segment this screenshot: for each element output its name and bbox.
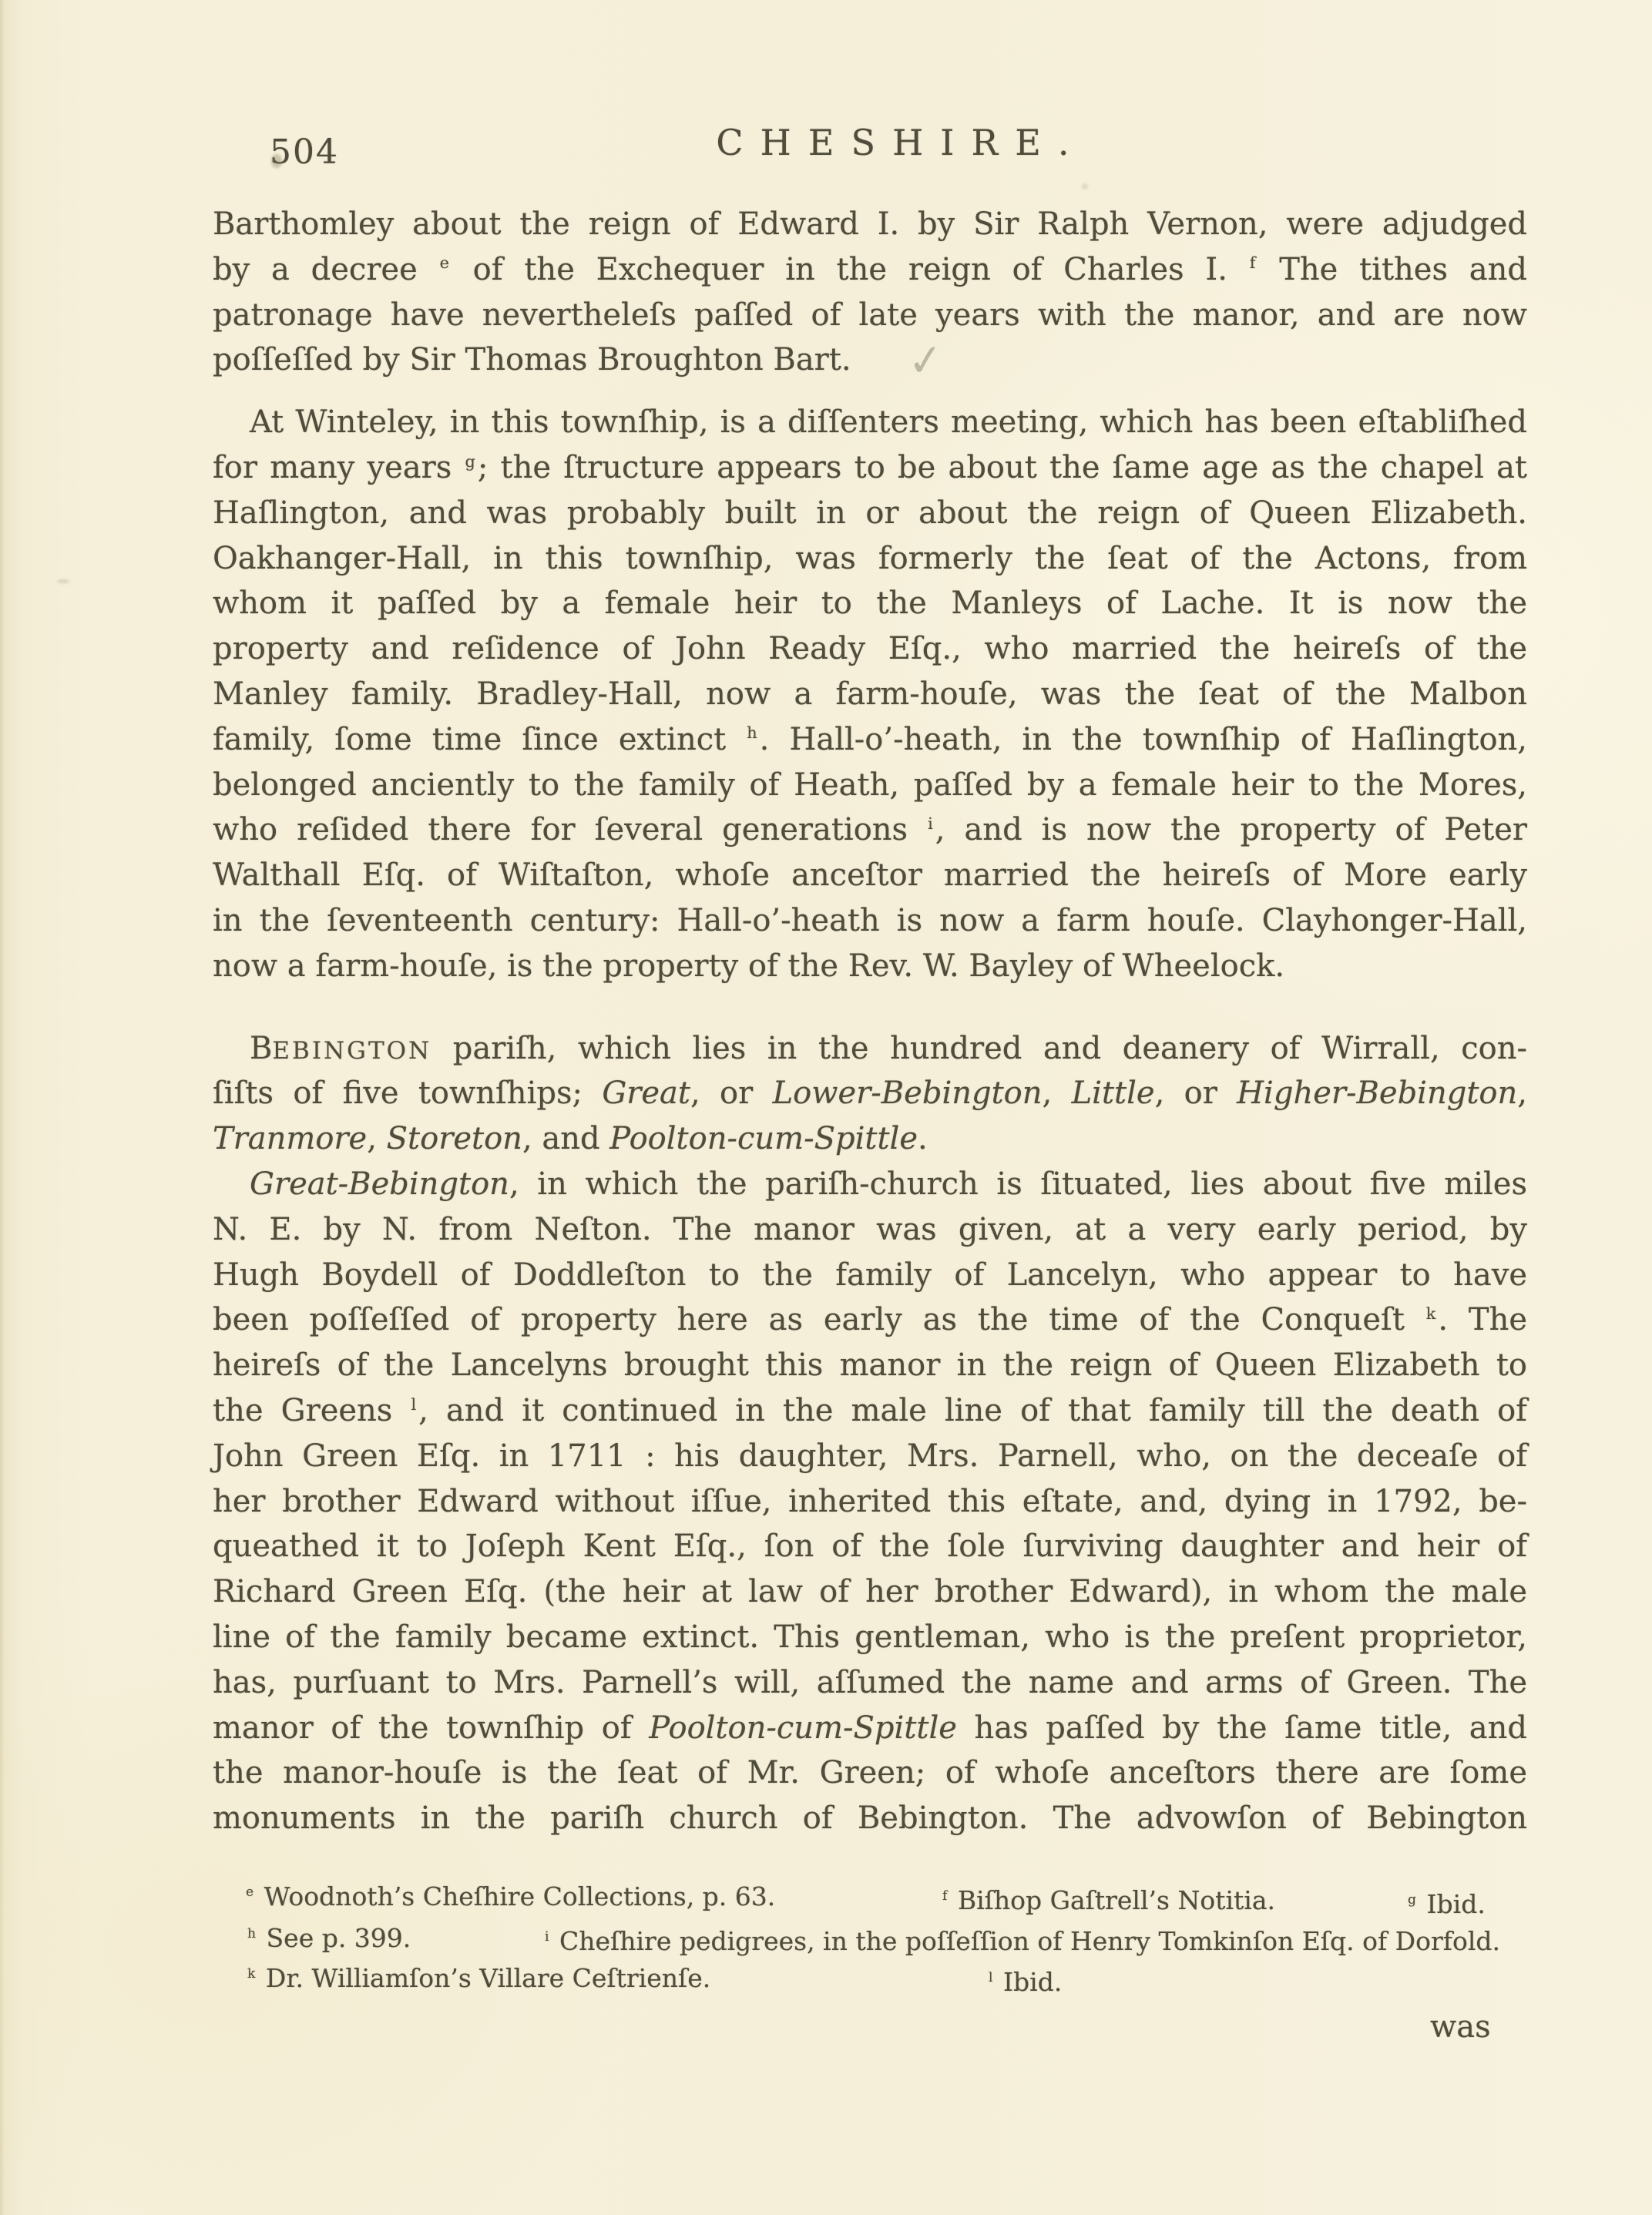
- text-segment: for many years: [213, 450, 465, 485]
- text-segment: monuments in the pariſh church of Bebing…: [213, 1801, 1527, 1836]
- text-segment: now a farm-houſe, is the property of the…: [213, 948, 1284, 984]
- footnote-ref: f: [1250, 253, 1256, 272]
- text-line: N. E. by N. from Neſton. The manor was g…: [213, 1207, 1527, 1253]
- text-segment: the Greens: [213, 1393, 410, 1428]
- footnote: i Cheſhire pedigrees, in the poſſeſſion …: [544, 1926, 1500, 1956]
- page: 504 CHESHIRE. Barthomley about the reign…: [0, 0, 1652, 2215]
- text-segment: family, ſome time ſince extinct: [213, 722, 746, 757]
- text-segment: poſſeſſed by Sir Thomas Broughton Bart.: [213, 342, 851, 378]
- footnote-ref: l: [411, 1395, 416, 1414]
- text-segment: , in which the pariſh-church is ſituated…: [509, 1166, 1527, 1202]
- text-segment: property and reſidence of John Ready Eſq…: [213, 631, 1527, 666]
- text-segment: whom it paſſed by a female heir to the M…: [213, 586, 1527, 621]
- text-segment: patronage have nevertheleſs paſſed of la…: [213, 297, 1527, 333]
- text-segment: .: [918, 1121, 928, 1156]
- text-segment: the manor-houſe is the ſeat of Mr. Green…: [213, 1755, 1527, 1790]
- text-segment: ,: [367, 1121, 386, 1156]
- footnote-mark: h: [247, 1926, 256, 1941]
- paper-smudge: [57, 579, 69, 583]
- text-line: property and reſidence of John Ready Eſq…: [213, 626, 1527, 672]
- text-segment: has, purſuant to Mrs. Parnell’s will, aſ…: [213, 1665, 1527, 1700]
- text-line: Haſlington, and was probably built in or…: [213, 491, 1527, 536]
- text-segment: by a decree: [213, 252, 439, 287]
- text-segment: Storeton: [387, 1121, 522, 1156]
- text-line: who reſided there for ſeveral generation…: [213, 807, 1527, 853]
- text-segment: Walthall Eſq. of Wiſtaſton, whoſe anceſt…: [213, 857, 1527, 893]
- text-segment: Poolton-cum-Spittle: [609, 1121, 918, 1156]
- text-line: Oakhanger-Hall, in this townſhip, was fo…: [213, 536, 1527, 582]
- text-segment: has paſſed by the ſame title, and: [957, 1710, 1527, 1746]
- text-line: Manley family. Bradley-Hall, now a farm-…: [213, 672, 1527, 717]
- paragraph: Great-Bebington, in which the pariſh-chu…: [213, 1162, 1527, 1841]
- text-segment: Tranmore: [213, 1121, 367, 1156]
- footnote-text: Biſhop Gaſtrell’s Notitia.: [949, 1885, 1275, 1915]
- text-segment: Richard Green Eſq. (the heir at law of h…: [213, 1574, 1527, 1609]
- text-line: the manor-houſe is the ſeat of Mr. Green…: [213, 1750, 1527, 1796]
- text-line: ſiſts of five townſhips; Great, or Lower…: [213, 1071, 1527, 1116]
- text-segment: , or: [690, 1076, 773, 1111]
- footnote-ref: g: [465, 452, 475, 471]
- text-line: by a decree e of the Exchequer in the re…: [213, 247, 1527, 293]
- text-line: Richard Green Eſq. (the heir at law of h…: [213, 1569, 1527, 1615]
- text-line: family, ſome time ſince extinct h. Hall-…: [213, 717, 1527, 763]
- text-line: Bebington pariſh, which lies in the hund…: [213, 1026, 1527, 1072]
- text-segment: of the Exchequer in the reign of Charles…: [452, 252, 1249, 287]
- footnote-ref: i: [928, 814, 933, 833]
- footnote-ref: e: [440, 253, 449, 272]
- footnote-mark: f: [942, 1888, 947, 1904]
- footnote: k Dr. Williamſon’s Villare Ceſtrienſe.: [247, 1963, 710, 1993]
- paragraph: Barthomley about the reign of Edward I. …: [213, 202, 1527, 383]
- text-line: heireſs of the Lancelyns brought this ma…: [213, 1343, 1527, 1388]
- text-segment: , and it continued in the male line of t…: [418, 1393, 1527, 1428]
- text-segment: Haſlington, and was probably built in or…: [213, 495, 1527, 531]
- text-segment: heireſs of the Lancelyns brought this ma…: [213, 1347, 1527, 1383]
- text-segment: ebington: [272, 1037, 431, 1065]
- text-segment: Poolton-cum-Spittle: [649, 1710, 957, 1746]
- text-line: patronage have nevertheleſs paſſed of la…: [213, 293, 1527, 338]
- text-segment: ſiſts of five townſhips;: [213, 1076, 602, 1111]
- text-line: the Greens l, and it continued in the ma…: [213, 1388, 1527, 1434]
- text-segment: Higher-Bebington: [1237, 1076, 1517, 1111]
- text-segment: Lower-Bebington: [773, 1076, 1043, 1111]
- footnote: g Ibid.: [1407, 1889, 1486, 1919]
- paragraph: Bebington pariſh, which lies in the hund…: [213, 1026, 1527, 1162]
- page-text: Barthomley about the reign of Edward I. …: [213, 202, 1527, 1841]
- paper-smudge: [1082, 183, 1088, 190]
- text-segment: B: [250, 1031, 272, 1066]
- text-segment: ,: [1043, 1076, 1072, 1111]
- text-line: her brother Edward without iſſue, inheri…: [213, 1479, 1527, 1525]
- footnote: l Ibid.: [988, 1967, 1062, 1997]
- footnote-text: Woodnoth’s Cheſhire Collections, p. 63.: [256, 1881, 775, 1911]
- text-segment: Hugh Boydell of Doddleſton to the family…: [213, 1257, 1527, 1293]
- footnote-mark: k: [247, 1966, 255, 1982]
- text-line: Barthomley about the reign of Edward I. …: [213, 202, 1527, 247]
- catchword: was: [1430, 2009, 1491, 2045]
- text-line: John Green Eſq. in 1711 : his daughter, …: [213, 1434, 1527, 1479]
- footnote-ref: k: [1426, 1304, 1436, 1323]
- text-line: been poſſeſſed of property here as early…: [213, 1297, 1527, 1343]
- text-segment: , or: [1155, 1076, 1237, 1111]
- text-line: At Winteley, in this townſhip, is a diſſ…: [213, 400, 1527, 445]
- footnote: h See p. 399.: [247, 1923, 411, 1953]
- text-segment: . Hall-o’-heath, in the townſhip of Haſl…: [760, 722, 1527, 757]
- footnote-text: Dr. Williamſon’s Villare Ceſtrienſe.: [257, 1963, 710, 1993]
- text-line: belonged anciently to the family of Heat…: [213, 763, 1527, 808]
- pencil-checkmark: ✓: [905, 334, 946, 388]
- footnote-text: Cheſhire pedigrees, in the poſſeſſion of…: [552, 1926, 1501, 1956]
- footnote-text: Ibid.: [996, 1967, 1063, 1997]
- text-line: manor of the townſhip of Poolton-cum-Spi…: [213, 1706, 1527, 1751]
- text-segment: , and is now the property of Peter: [935, 812, 1527, 847]
- footnote-mark: l: [989, 1970, 993, 1985]
- footnote: f Biſhop Gaſtrell’s Notitia.: [942, 1885, 1275, 1915]
- text-segment: The tithes and: [1257, 252, 1527, 287]
- text-segment: who reſided there for ſeveral generation…: [213, 812, 927, 847]
- text-segment: At Winteley, in this townſhip, is a diſſ…: [250, 404, 1527, 440]
- text-segment: Great-Bebington: [250, 1166, 509, 1202]
- text-segment: ,: [1517, 1076, 1527, 1111]
- text-segment: manor of the townſhip of: [213, 1710, 649, 1746]
- text-line: has, purſuant to Mrs. Parnell’s will, aſ…: [213, 1660, 1527, 1706]
- text-line: poſſeſſed by Sir Thomas Broughton Bart.: [213, 337, 1527, 383]
- page-title: CHESHIRE.: [150, 122, 1652, 163]
- text-line: in the ſeventeenth century: Hall-o’-heat…: [213, 898, 1527, 944]
- text-segment: line of the family became extinct. This …: [213, 1619, 1527, 1655]
- paper-smudge: [271, 154, 282, 168]
- footnote-text: See p. 399.: [258, 1923, 411, 1953]
- text-segment: pariſh, which lies in the hundred and de…: [431, 1031, 1527, 1066]
- text-segment: Little: [1072, 1076, 1155, 1111]
- text-line: Tranmore, Storeton, and Poolton-cum-Spit…: [213, 1116, 1527, 1162]
- text-segment: Great: [602, 1076, 690, 1111]
- text-line: Hugh Boydell of Doddleſton to the family…: [213, 1253, 1527, 1298]
- text-segment: Oakhanger-Hall, in this townſhip, was fo…: [213, 541, 1527, 576]
- text-segment: in the ſeventeenth century: Hall-o’-heat…: [213, 903, 1527, 938]
- footnote-mark: e: [246, 1884, 254, 1900]
- text-segment: John Green Eſq. in 1711 : his daughter, …: [213, 1438, 1527, 1474]
- footnote: e Woodnoth’s Cheſhire Collections, p. 63…: [245, 1881, 775, 1911]
- text-segment: N. E. by N. from Neſton. The manor was g…: [213, 1212, 1527, 1247]
- footnote-ref: h: [747, 723, 757, 742]
- text-segment: . The: [1438, 1302, 1527, 1337]
- text-line: whom it paſſed by a female heir to the M…: [213, 581, 1527, 626]
- text-segment: her brother Edward without iſſue, inheri…: [213, 1484, 1527, 1519]
- text-line: monuments in the pariſh church of Bebing…: [213, 1796, 1527, 1841]
- text-line: for many years g; the ſtructure appears …: [213, 445, 1527, 491]
- text-segment: Manley family. Bradley-Hall, now a farm-…: [213, 676, 1527, 712]
- text-line: now a farm-houſe, is the property of the…: [213, 944, 1527, 989]
- text-line: Great-Bebington, in which the pariſh-chu…: [213, 1162, 1527, 1207]
- text-line: Walthall Eſq. of Wiſtaſton, whoſe anceſt…: [213, 853, 1527, 898]
- text-segment: queathed it to Joſeph Kent Eſq., ſon of …: [213, 1529, 1527, 1564]
- footnote-text: Ibid.: [1419, 1889, 1486, 1919]
- text-segment: , and: [522, 1121, 609, 1156]
- paragraph: At Winteley, in this townſhip, is a diſſ…: [213, 400, 1527, 988]
- footnote-mark: i: [545, 1929, 549, 1945]
- text-segment: belonged anciently to the family of Heat…: [213, 767, 1527, 803]
- text-segment: Barthomley about the reign of Edward I. …: [213, 206, 1527, 242]
- text-line: queathed it to Joſeph Kent Eſq., ſon of …: [213, 1524, 1527, 1569]
- text-segment: ; the ſtructure appears to be about the …: [478, 450, 1527, 485]
- text-line: line of the family became extinct. This …: [213, 1615, 1527, 1660]
- footnote-mark: g: [1408, 1892, 1416, 1908]
- text-segment: been poſſeſſed of property here as early…: [213, 1302, 1425, 1337]
